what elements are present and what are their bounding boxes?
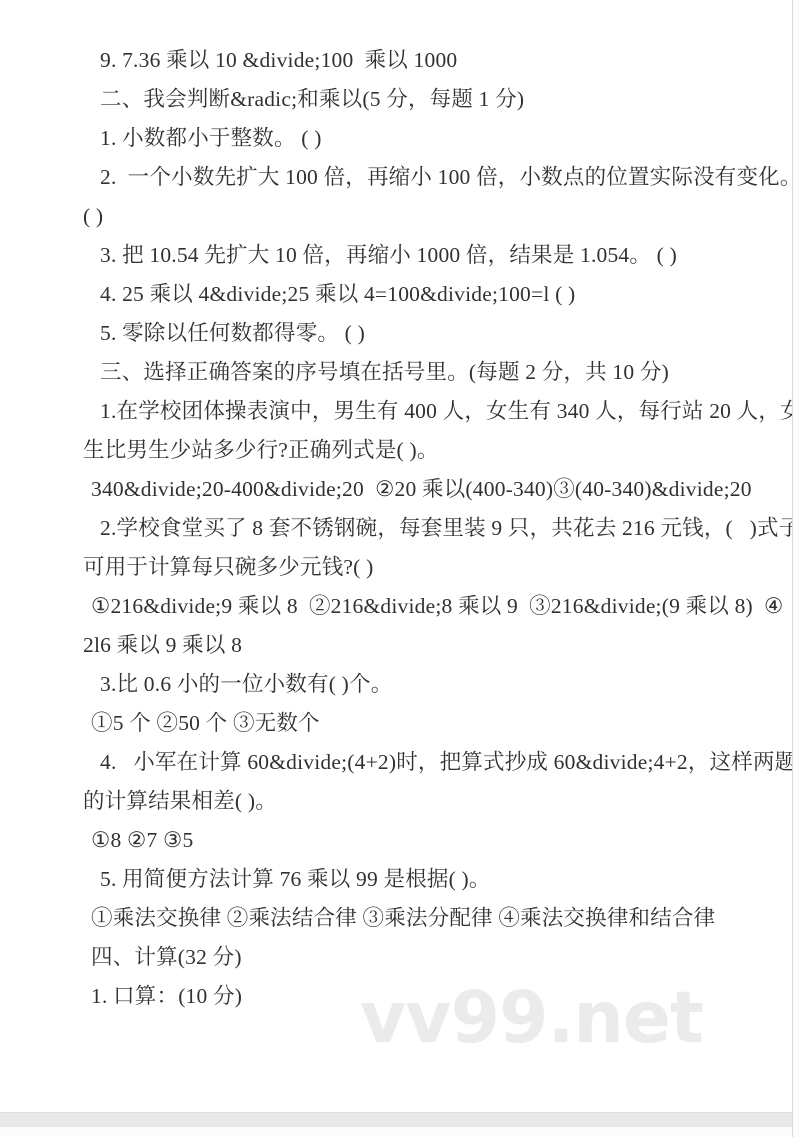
text-line: 2.学校食堂买了 8 套不锈钢碗，每套里装 9 只，共花去 216 元钱，( )… [0,509,794,548]
next-page-area [0,1127,800,1137]
text-line: 1. 口算：(10 分) [0,977,794,1016]
text-line: 2l6 乘以 9 乘以 8 [0,626,794,665]
text-line: ①5 个 ②50 个 ③无数个 [0,704,794,743]
page-break-separator [0,1112,800,1127]
text-line: 四、计算(32 分) [0,938,794,977]
text-line: 可用于计算每只碗多少元钱?( ) [0,548,794,587]
text-line: 4. 小军在计算 60&divide;(4+2)时，把算式抄成 60&divid… [0,743,794,782]
text-line: 生比男生少站多少行?正确列式是( )。 [0,431,794,470]
text-line: 5. 用简便方法计算 76 乘以 99 是根据( )。 [0,860,794,899]
text-line: 二、我会判断&radic;和乘以(5 分，每题 1 分) [0,80,794,119]
text-line: 2. 一个小数先扩大 100 倍，再缩小 100 倍，小数点的位置实际没有变化。 [0,158,794,197]
text-line: 9. 7.36 乘以 10 &divide;100 乘以 1000 [0,41,794,80]
text-line: 3. 把 10.54 先扩大 10 倍，再缩小 1000 倍，结果是 1.054… [0,236,794,275]
text-line: 1. 小数都小于整数。 ( ) [0,119,794,158]
text-line: 1.在学校团体操表演中，男生有 400 人，女生有 340 人，每行站 20 人… [0,392,794,431]
document-content: 9. 7.36 乘以 10 &divide;100 乘以 1000二、我会判断&… [0,41,794,1016]
text-line: 的计算结果相差( )。 [0,782,794,821]
text-line: 3.比 0.6 小的一位小数有( )个。 [0,665,794,704]
document-page: vv99.net 9. 7.36 乘以 10 &divide;100 乘以 10… [0,0,800,1137]
text-line: 4. 25 乘以 4&divide;25 乘以 4=100&divide;100… [0,275,794,314]
text-line: 5. 零除以任何数都得零。 ( ) [0,314,794,353]
text-line: ( ) [0,197,794,236]
text-line: ①乘法交换律 ②乘法结合律 ③乘法分配律 ④乘法交换律和结合律 [0,899,794,938]
text-line: 三、选择正确答案的序号填在括号里。(每题 2 分，共 10 分) [0,353,794,392]
text-line: ①216&divide;9 乘以 8 ②216&divide;8 乘以 9 ③2… [0,587,794,626]
page-right-gutter [793,0,800,1137]
page-right-edge-line [792,0,793,1137]
text-line: 340&divide;20-400&divide;20 ②20 乘以(400-3… [0,470,794,509]
text-line: ①8 ②7 ③5 [0,821,794,860]
